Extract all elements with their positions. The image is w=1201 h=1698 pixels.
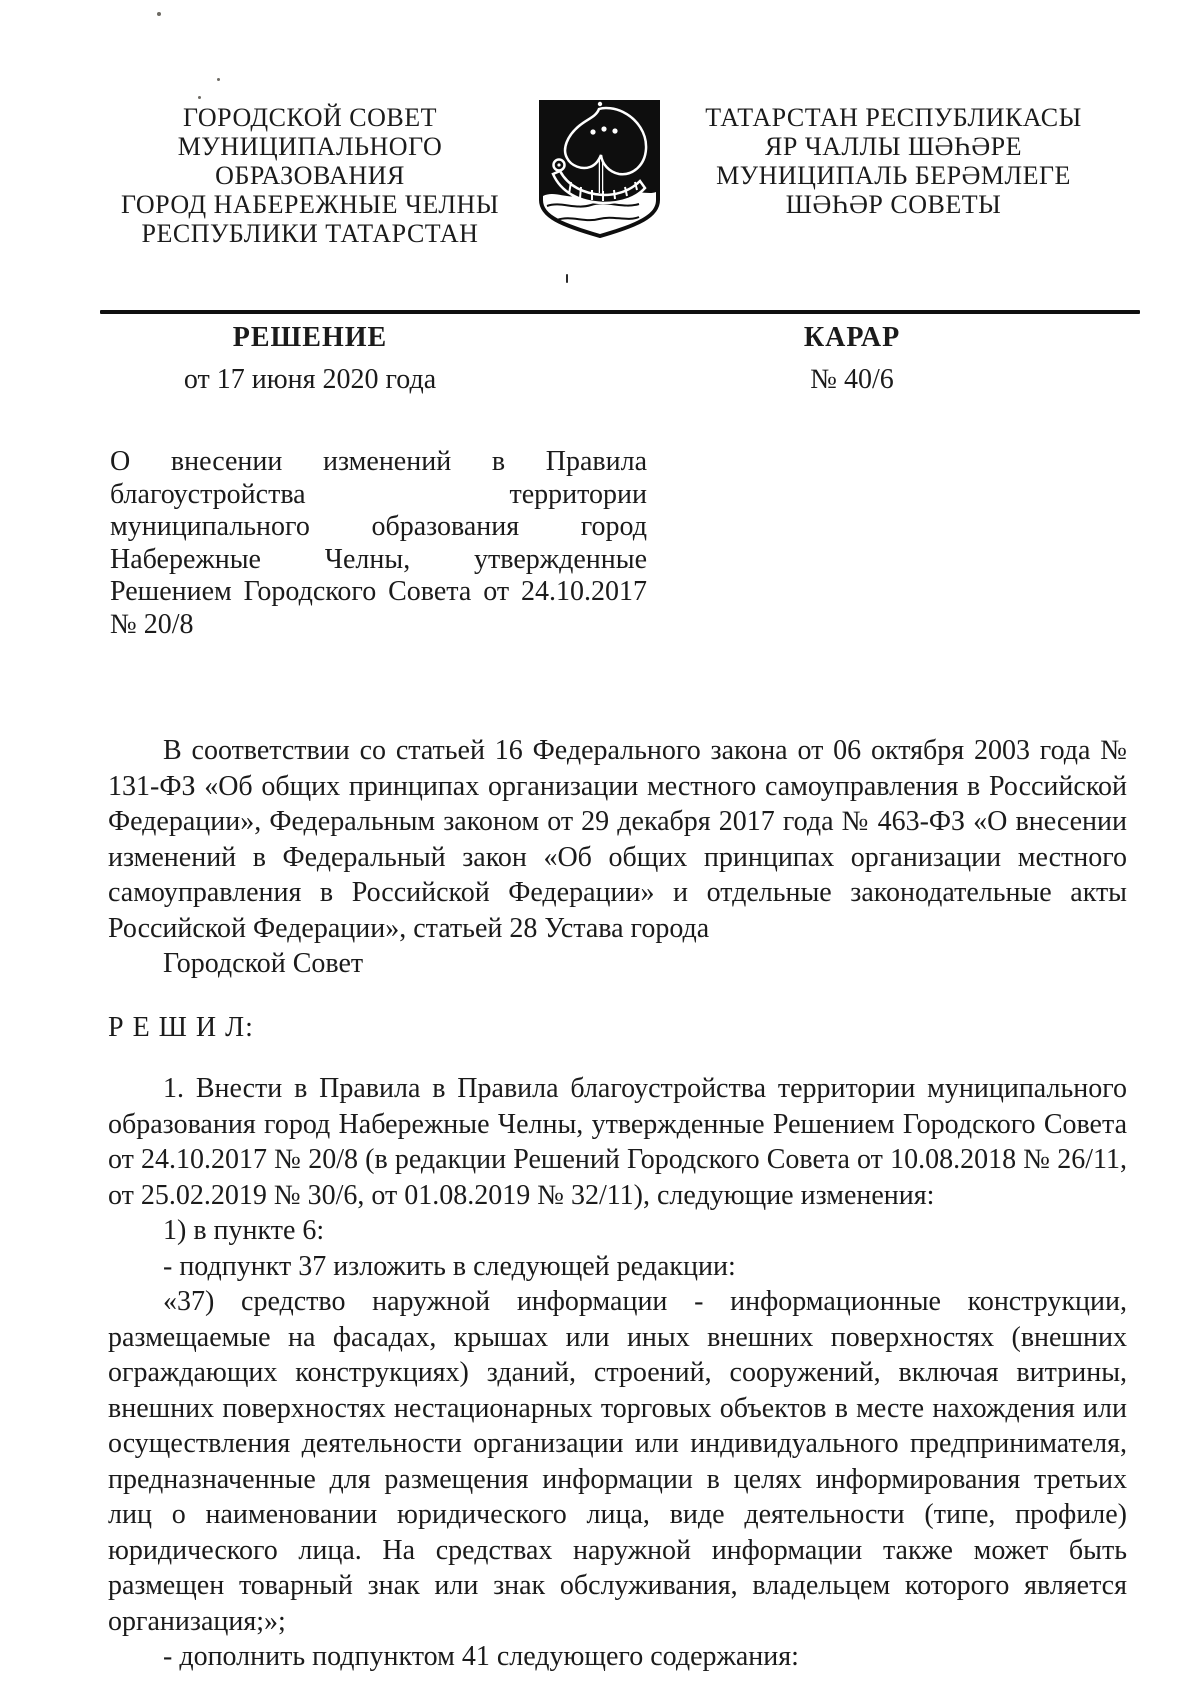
doc-date-row: от 17 июня 2020 года № 40/6: [95, 364, 1110, 396]
letterhead-line: РЕСПУБЛИКИ ТАТАРСТАН: [95, 219, 525, 248]
letterhead-line: ГОРОД НАБЕРЕЖНЫЕ ЧЕЛНЫ: [95, 190, 525, 219]
scan-speck: [198, 96, 201, 99]
scanned-document-page: ГОРОДСКОЙ СОВЕТ МУНИЦИПАЛЬНОГО ОБРАЗОВАН…: [0, 0, 1201, 1698]
body-paragraph: - подпункт 37 изложить в следующей редак…: [108, 1249, 1127, 1285]
preamble-tail: Городской Совет: [108, 946, 1127, 982]
scan-tick-mark: [566, 274, 568, 283]
letterhead-line: МУНИЦИПАЛЬНОГО ОБРАЗОВАНИЯ: [95, 132, 525, 190]
doc-type-russian: РЕШЕНИЕ: [95, 322, 525, 354]
scan-speck: [217, 78, 220, 81]
doc-body: В соответствии со статьей 16 Федеральног…: [108, 733, 1127, 1675]
doc-type-row: РЕШЕНИЕ КАРАР: [95, 322, 1110, 354]
body-paragraph: 1) в пункте 6:: [108, 1213, 1127, 1249]
scan-speck: [157, 12, 161, 16]
letterhead-tatar: ТАТАРСТАН РЕСПУБЛИКАСЫ ЯР ЧАЛЛЫ ШӘҺӘРЕ М…: [677, 103, 1110, 219]
resolution-heading: Р Е Ш И Л:: [108, 1010, 1127, 1046]
letterhead: ГОРОДСКОЙ СОВЕТ МУНИЦИПАЛЬНОГО ОБРАЗОВАН…: [95, 103, 1110, 248]
coat-of-arms-icon: [537, 98, 662, 240]
doc-type-tatar: КАРАР: [677, 322, 1027, 354]
header-divider-rule: [100, 310, 1140, 314]
letterhead-line: МУНИЦИПАЛЬ БЕРӘМЛЕГЕ: [677, 161, 1110, 190]
letterhead-line: ШӘҺӘР СОВЕТЫ: [677, 190, 1110, 219]
letterhead-line: ЯР ЧАЛЛЫ ШӘҺӘРЕ: [677, 132, 1110, 161]
preamble-paragraph: В соответствии со статьей 16 Федеральног…: [108, 733, 1127, 946]
body-paragraph: - дополнить подпунктом 41 следующего сод…: [108, 1639, 1127, 1675]
doc-number: № 40/6: [677, 364, 1027, 396]
body-paragraph: «37) средство наружной информации - инфо…: [108, 1284, 1127, 1639]
letterhead-line: ГОРОДСКОЙ СОВЕТ: [95, 103, 525, 132]
doc-date: от 17 июня 2020 года: [95, 364, 525, 396]
body-paragraph: 1. Внести в Правила в Правила благоустро…: [108, 1071, 1127, 1213]
letterhead-line: ТАТАРСТАН РЕСПУБЛИКАСЫ: [677, 103, 1110, 132]
doc-subject: О внесении изменений в Правила благоустр…: [110, 446, 647, 641]
letterhead-russian: ГОРОДСКОЙ СОВЕТ МУНИЦИПАЛЬНОГО ОБРАЗОВАН…: [95, 103, 525, 248]
